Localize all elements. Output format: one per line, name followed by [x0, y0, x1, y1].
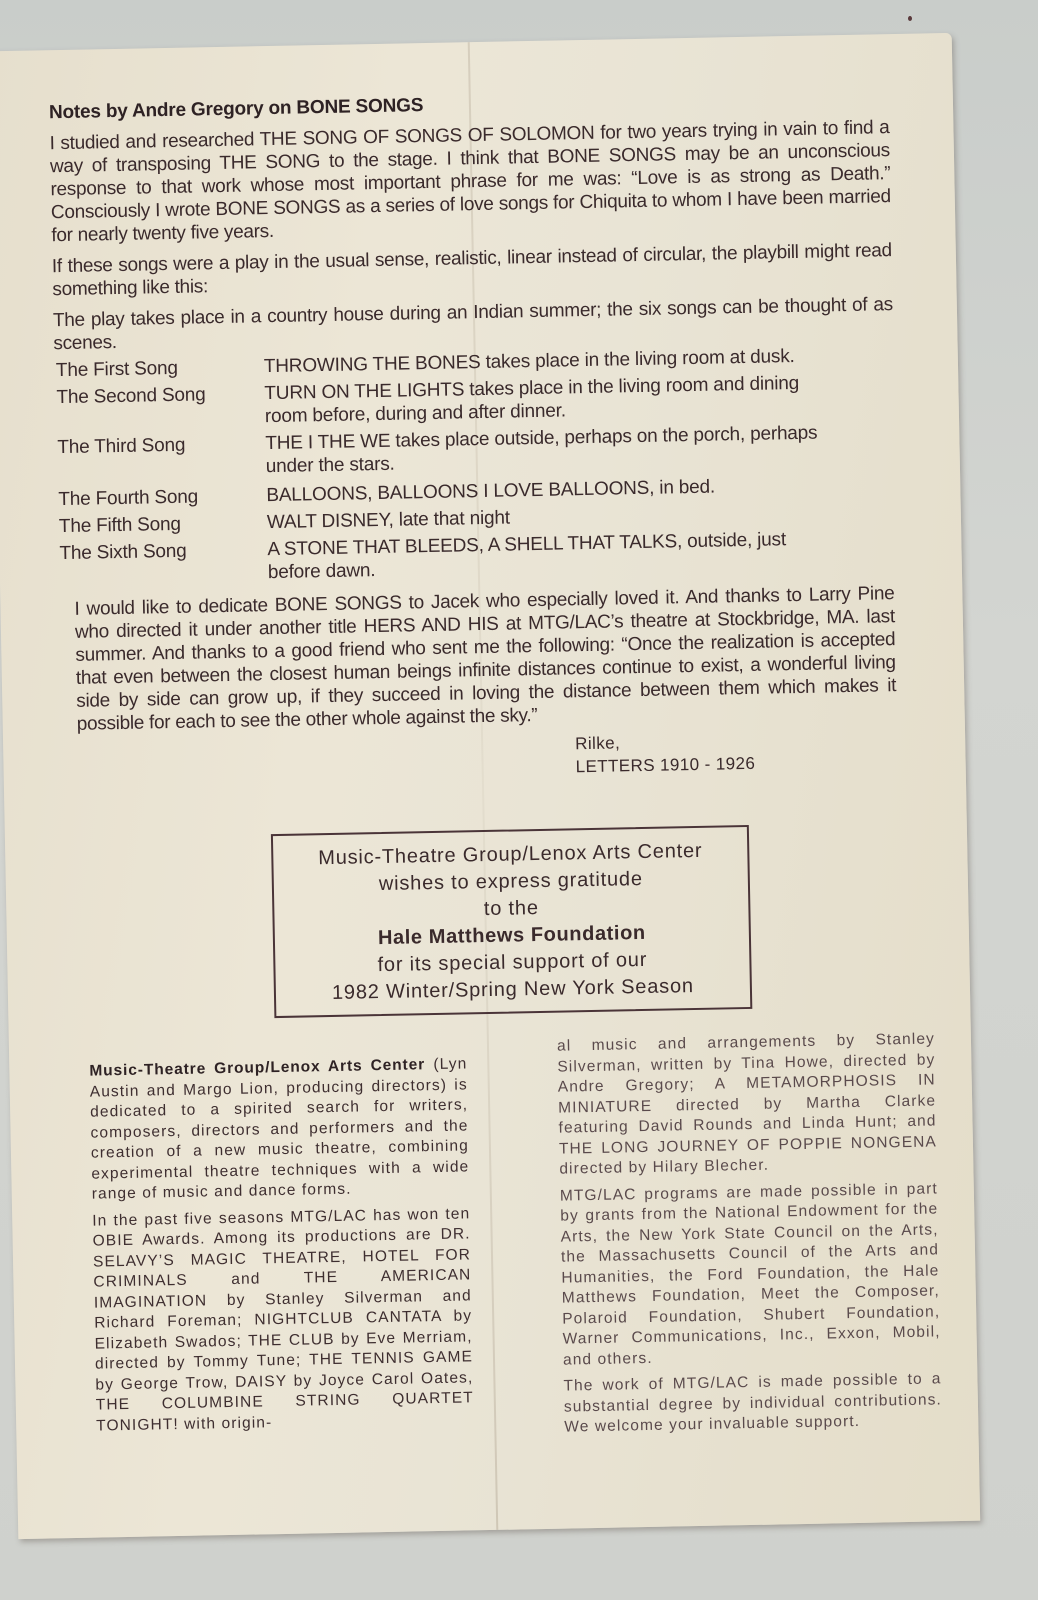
- attribution-source: LETTERS 1910 - 1926: [575, 749, 901, 778]
- song-description: THE I THE WE takes place outside, perhap…: [265, 421, 826, 478]
- about-support-paragraph: The work of MTG/LAC is made possible to …: [563, 1369, 942, 1438]
- song-label: The Fourth Song: [56, 484, 266, 511]
- gratitude-box: Music-Theatre Group/Lenox Arts Center wi…: [271, 825, 752, 1018]
- notes-section: Notes by Andre Gregory on BONE SONGS I s…: [49, 86, 902, 788]
- dust-speck: [908, 16, 912, 21]
- about-right-column: al music and arrangements by Stanley Sil…: [557, 1029, 943, 1444]
- song-label: The Sixth Song: [57, 538, 268, 588]
- song-description: A STONE THAT BLEEDS, A SHELL THAT TALKS,…: [267, 527, 828, 584]
- song-list: The First Song THROWING THE BONES takes …: [54, 343, 898, 588]
- about-section: Music-Theatre Group/Lenox Arts Center (L…: [67, 1045, 942, 1453]
- notes-intro-paragraph: I studied and researched THE SONG OF SON…: [49, 116, 891, 247]
- song-label: The Third Song: [55, 432, 266, 482]
- song-label: The Second Song: [54, 382, 265, 432]
- song-label: The First Song: [54, 355, 264, 382]
- song-description: TURN ON THE LIGHTS takes place in the li…: [264, 371, 825, 428]
- about-productions-continued: al music and arrangements by Stanley Sil…: [557, 1029, 938, 1180]
- quote-attribution: Rilke, LETTERS 1910 - 1926: [575, 726, 902, 778]
- playbill-page: Notes by Andre Gregory on BONE SONGS I s…: [0, 33, 980, 1539]
- dedication-paragraph: I would like to dedicate BONE SONGS to J…: [58, 582, 896, 736]
- about-funding-paragraph: MTG/LAC programs are made possible in pa…: [560, 1179, 941, 1371]
- song-label: The Fifth Song: [57, 511, 267, 538]
- org-name: Music-Theatre Group/Lenox Arts Center: [89, 1056, 425, 1079]
- about-productions-paragraph: In the past five seasons MTG/LAC has won…: [92, 1204, 474, 1437]
- about-left-column: Music-Theatre Group/Lenox Arts Center (L…: [89, 1054, 474, 1453]
- page-content: Notes by Andre Gregory on BONE SONGS I s…: [49, 86, 915, 1453]
- about-mission-paragraph: Music-Theatre Group/Lenox Arts Center (L…: [89, 1054, 470, 1205]
- notes-playbill-paragraph: If these songs were a play in the usual …: [52, 239, 893, 301]
